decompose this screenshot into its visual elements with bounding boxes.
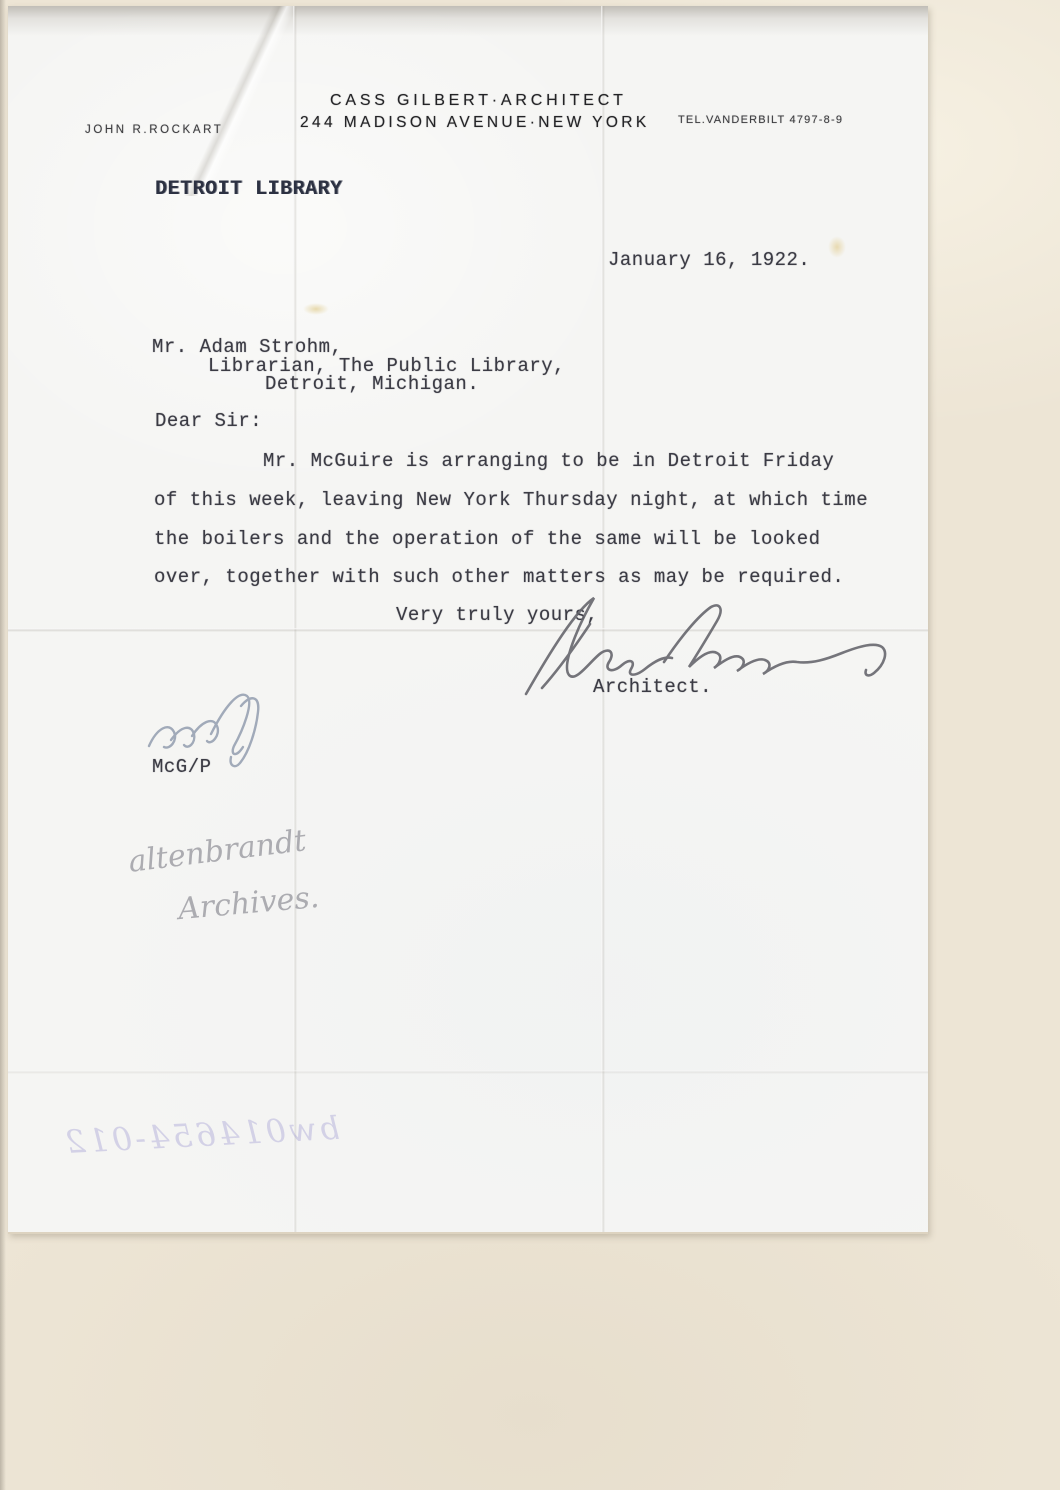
paper-top-edge-shadow bbox=[8, 6, 928, 36]
letterhead-telephone: TEL.VANDERBILT 4797-8-9 bbox=[678, 114, 843, 126]
letterhead-associate-name: JOHN R.ROCKART bbox=[85, 124, 223, 136]
reference-initials: McG/P bbox=[152, 756, 212, 778]
signer-title: Architect. bbox=[593, 676, 712, 698]
yellow-stain-right bbox=[828, 236, 846, 258]
letterhead-firm-address: 244 MADISON AVENUE·NEW YORK bbox=[300, 114, 650, 132]
yellow-stain-left bbox=[303, 303, 329, 315]
body-line-3: the boilers and the operation of the sam… bbox=[154, 528, 821, 550]
scan-left-edge-shadow bbox=[0, 0, 6, 1490]
letterhead-firm-name: CASS GILBERT·ARCHITECT bbox=[330, 92, 627, 110]
salutation: Dear Sir: bbox=[155, 410, 262, 432]
body-line-4: over, together with such other matters a… bbox=[154, 566, 844, 588]
body-line-2: of this week, leaving New York Thursday … bbox=[154, 489, 868, 511]
detroit-library-stamp: DETROIT LIBRARY bbox=[155, 178, 343, 201]
recipient-line-3: Detroit, Michigan. bbox=[265, 373, 479, 395]
letter-date: January 16, 1922. bbox=[608, 249, 810, 271]
body-line-1: Mr. McGuire is arranging to be in Detroi… bbox=[263, 450, 834, 472]
fold-crease-horizontal-lower bbox=[8, 1070, 928, 1074]
